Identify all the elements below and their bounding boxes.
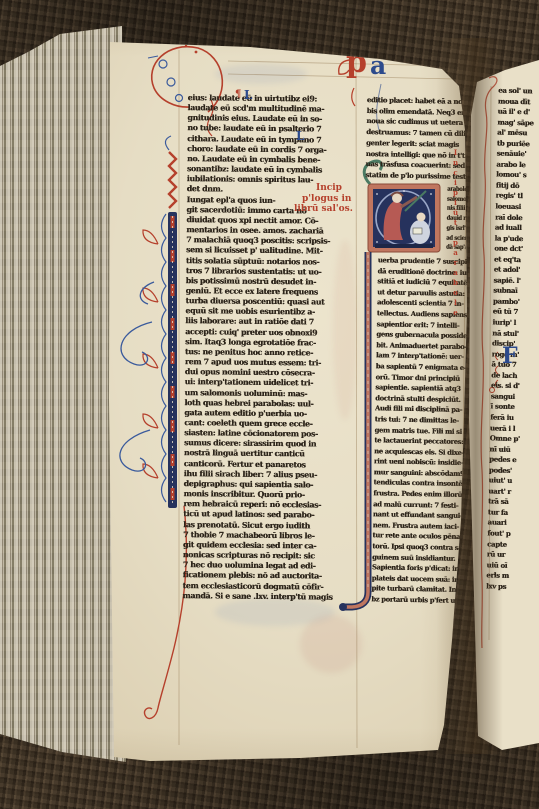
- text-column-left: eius: laudate eū in uirtutibz ei9:laudat…: [182, 93, 358, 603]
- margin-bar-initial-I: [120, 136, 186, 719]
- bottom-margin-tail: [145, 506, 187, 719]
- manuscript-photo: eius: laudate eū in uirtutibz ei9:laudat…: [0, 0, 539, 809]
- text-line: mandā. Si e sane .lxv. interp'tū magis: [182, 591, 353, 603]
- gutter-shadow: [436, 38, 512, 754]
